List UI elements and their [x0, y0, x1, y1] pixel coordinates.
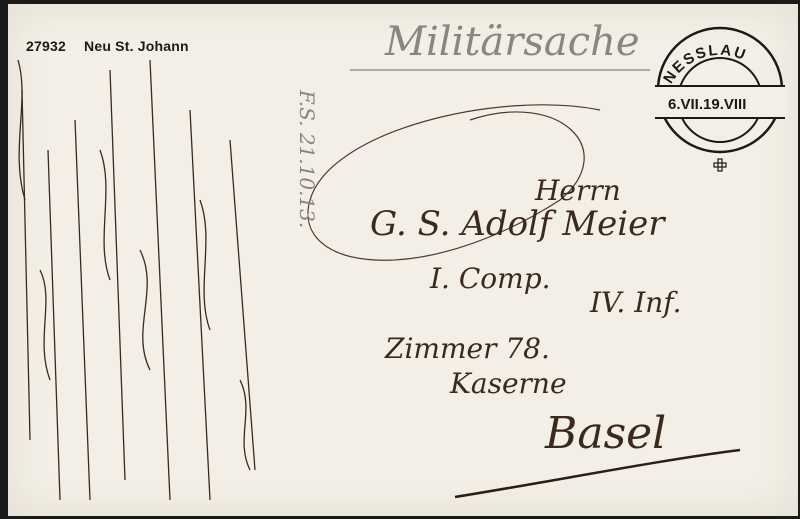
- address-building: Kaserne: [449, 367, 567, 400]
- pencil-note-vertical: F.S. 21.10.13.: [295, 89, 319, 228]
- address-name: G. S. Adolf Meier: [370, 204, 666, 244]
- swiss-cross-icon: [714, 159, 726, 171]
- address-room: Zimmer 78.: [384, 332, 550, 365]
- postcard-ink: Militärsache NESSLAU 6.VII.19.VIII Herrn…: [0, 0, 800, 519]
- address-unit-1: I. Comp.: [429, 262, 551, 295]
- address-city: Basel: [544, 408, 666, 459]
- postmark: NESSLAU 6.VII.19.VIII: [648, 28, 788, 171]
- address-salutation: Herrn: [534, 174, 621, 207]
- address-unit-2: IV. Inf.: [589, 286, 682, 319]
- military-annotation: Militärsache: [384, 19, 640, 65]
- handwritten-message: [18, 60, 255, 500]
- postmark-date: 6.VII.19.VIII: [668, 96, 746, 113]
